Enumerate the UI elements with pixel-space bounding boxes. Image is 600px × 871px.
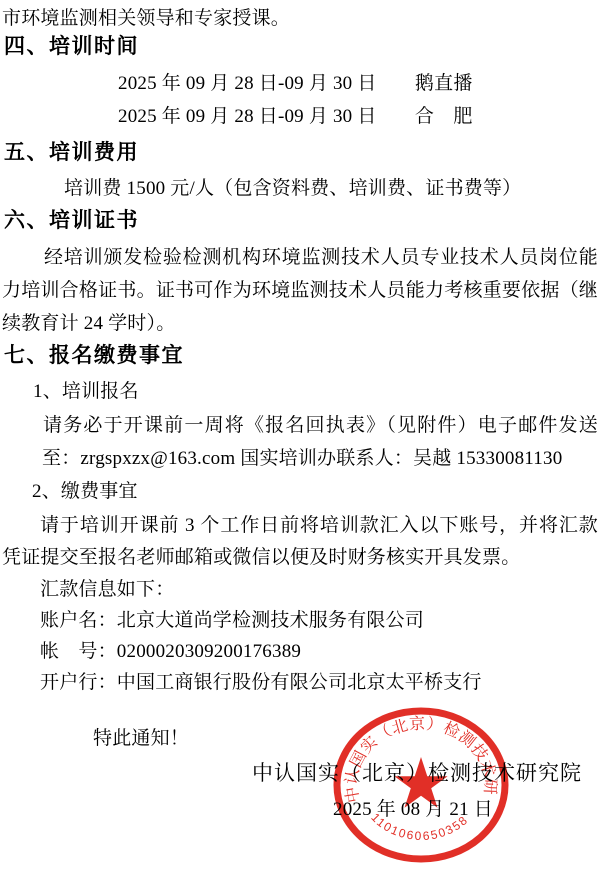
section-title-registration: 七、报名缴费事宜 [4,343,184,369]
certificate-text-line: 续教育计 24 学时）。 [2,311,175,337]
signature-organization: 中认国实（北京）检测技术研究院 [252,760,582,786]
payment-text-line: 凭证提交至报名老师邮箱或微信以便及时财务核实开具发票。 [2,545,520,571]
registration-contact-line: 至：zrgspxzx@163.com 国实培训办联系人：吴越 153300811… [42,446,562,472]
training-date-hefei: 2025 年 09 月 28 日-09 月 30 日 合 肥 [118,104,473,130]
section-title-training-fee: 五、培训费用 [4,140,139,166]
official-seal: 中认国实（北京）检测技术研究院 1101060650358 [331,706,511,866]
certificate-text-line: 力培训合格证书。证书可作为环境监测技术人员能力考核重要依据（继 [2,278,598,304]
section-title-certificate: 六、培训证书 [4,208,139,234]
training-fee-text: 培训费 1500 元/人（包含资料费、培训费、证书费等） [64,176,521,202]
account-name: 账户名：北京大道尚学检测技术服务有限公司 [40,608,424,634]
bank-name: 开户行：中国工商银行股份有限公司北京太平桥支行 [40,670,482,696]
signature-date: 2025 年 08 月 21 日 [333,797,493,823]
intro-text: 市环境监测相关领导和专家授课。 [2,6,290,32]
training-date-online: 2025 年 09 月 28 日-09 月 30 日 鹅直播 [118,71,473,97]
registration-item1-title: 1、培训报名 [33,379,139,405]
section-title-training-time: 四、培训时间 [4,34,139,60]
closing-text: 特此通知！ [93,726,189,752]
payment-text-line: 请于培训开课前 3 个工作日前将培训款汇入以下账号，并将汇款 [40,513,598,539]
certificate-text-line: 经培训颁发检验检测机构环境监测技术人员专业技术人员岗位能 [44,245,598,271]
registration-text-line: 请务必于开课前一周将《报名回执表》（见附件）电子邮件发送 [43,413,598,439]
notice-document-page: 中认国实（北京）检测技术研究院 1101060650358 市环境监测相关领导和… [0,0,600,871]
registration-item2-title: 2、缴费事宜 [32,479,138,505]
remittance-heading: 汇款信息如下： [40,577,174,603]
account-number: 帐 号：0200020309200176389 [40,639,301,665]
